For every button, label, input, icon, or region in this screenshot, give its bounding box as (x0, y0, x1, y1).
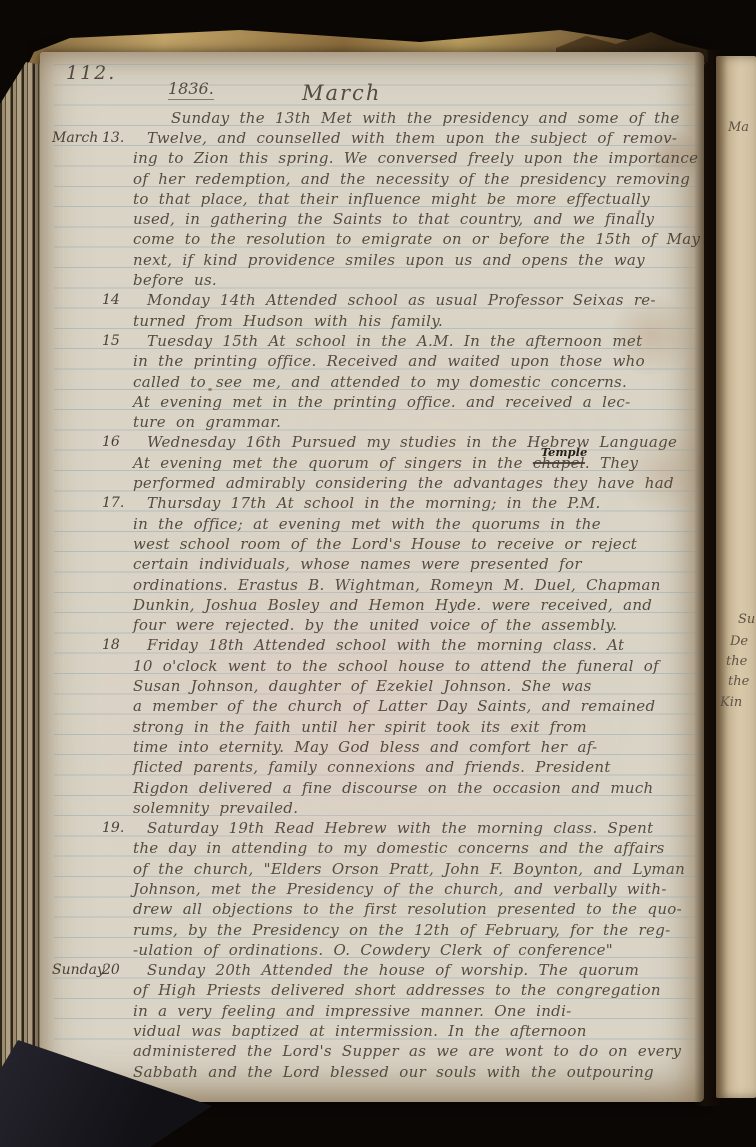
entry-line: to that place, that their influence migh… (133, 189, 698, 209)
journal-entry: 15 Tuesday 15th At school in the A.M. In… (50, 331, 698, 432)
entry-line: At evening met the quorum of singers in … (133, 453, 698, 473)
entry-line: Dunkin, Joshua Bosley and Hemon Hyde. we… (133, 595, 698, 615)
journal-entry: March 13. Twelve, and counselled with th… (50, 128, 698, 290)
entry-line: Johnson, met the Presidency of the churc… (133, 879, 698, 899)
entry-line: Tuesday 15th At school in the A.M. In th… (133, 331, 698, 351)
entry-line: ordinations. Erastus B. Wightman, Romeyn… (133, 575, 698, 595)
entry-line: in a very feeling and impressive manner.… (133, 1001, 698, 1021)
entry-line: turned from Hudson with his family. (133, 311, 698, 331)
journal-entry: 14 Monday 14th Attended school as usual … (50, 290, 698, 331)
year-label: 1836. (168, 79, 214, 100)
entry-line: in the printing office. Received and wai… (133, 351, 698, 371)
entry-line: Twelve, and counselled with them upon th… (133, 128, 698, 148)
entry-margin: 16 (50, 432, 133, 493)
line-segment: . They (585, 454, 638, 472)
entry-margin: 19. (50, 818, 133, 960)
entry-line: vidual was baptized at intermission. In … (133, 1021, 698, 1041)
entry-line: ing to Zion this spring. We conversed fr… (133, 148, 698, 168)
entry-line: solemnity prevailed. (133, 798, 698, 818)
next-page-fragment: Kin (720, 695, 742, 710)
entry-body: Monday 14th Attended school as usual Pro… (133, 290, 698, 331)
month-title: March (302, 81, 381, 105)
entry-line: administered the Lord's Supper as we are… (133, 1041, 698, 1061)
entry-body: Twelve, and counselled with them upon th… (133, 128, 698, 290)
margin-day-label: 17. (102, 493, 124, 513)
margin-day-label: 20 (102, 960, 120, 980)
entry-body: Thursday 17th At school in the morning; … (133, 493, 698, 635)
next-page-fragment: the (726, 654, 747, 669)
entry-line: Wednesday 16th Pursued my studies in the… (133, 432, 698, 452)
entry-line: time into eternity. May God bless and co… (133, 737, 698, 757)
entry-line: ture on grammar. (133, 412, 698, 432)
journal-page: 112. 1836. March Sunday the 13th Met wit… (40, 52, 704, 1102)
entry-line: drew all objections to the first resolut… (133, 899, 698, 919)
entry-line: the day in attending to my domestic conc… (133, 838, 698, 858)
entry-line: four were rejected. by the united voice … (133, 615, 698, 635)
margin-day-label: 18 (102, 635, 120, 655)
journal-entry: Sunday 20 Sunday 20th Attended the house… (50, 960, 698, 1082)
entry-body: Wednesday 16th Pursued my studies in the… (133, 432, 698, 493)
entry-margin: 15 (50, 331, 133, 432)
journal-entries: March 13. Twelve, and counselled with th… (50, 128, 698, 1082)
entry-margin: March 13. (50, 128, 133, 290)
entry-line: before us. (133, 270, 698, 290)
margin-day-label: 15 (102, 331, 120, 351)
next-page-fragment: De (730, 634, 748, 649)
entry-line: flicted parents, family connexions and f… (133, 757, 698, 777)
entry-line: Friday 18th Attended school with the mor… (133, 635, 698, 655)
next-page-sliver: Ma Su De the the Kin (716, 56, 756, 1098)
entry-line: Monday 14th Attended school as usual Pro… (133, 290, 698, 310)
entry-body: Sunday 20th Attended the house of worshi… (133, 960, 698, 1082)
next-page-fragment: the (728, 674, 749, 689)
journal-entry: 16 Wednesday 16th Pursued my studies in … (50, 432, 698, 493)
page-number: 112. (66, 62, 116, 84)
correction: Templechapel (533, 454, 585, 472)
next-page-fragment: Ma (728, 120, 749, 135)
margin-day-label: 19. (102, 818, 124, 838)
entry-line: certain individuals, whose names were pr… (133, 554, 698, 574)
book-photograph: 112. 1836. March Sunday the 13th Met wit… (0, 0, 756, 1147)
entry-line: Saturday 19th Read Hebrew with the morni… (133, 818, 698, 838)
margin-month-label: Sunday (52, 960, 105, 980)
entry-line: Sunday 20th Attended the house of worshi… (133, 960, 698, 980)
entry-line: come to the resolution to emigrate on or… (133, 229, 698, 249)
entry-margin: 17. (50, 493, 133, 635)
entry-line: Rigdon delivered a fine discourse on the… (133, 778, 698, 798)
entry-line: Thursday 17th At school in the morning; … (133, 493, 698, 513)
entry-line: of the church, "Elders Orson Pratt, John… (133, 859, 698, 879)
inserted-word: Temple (541, 442, 587, 462)
entry-line: west school room of the Lord's House to … (133, 534, 698, 554)
entry-line: -ulation of ordinations. O. Cowdery Cler… (133, 940, 698, 960)
entry-line: of High Priests delivered short addresse… (133, 980, 698, 1000)
entry-line: performed admirably considering the adva… (133, 473, 698, 493)
entry-line: a member of the church of Latter Day Sai… (133, 696, 698, 716)
entry-line: called to see me, and attended to my dom… (133, 372, 698, 392)
entry-line: At evening met in the printing office. a… (133, 392, 698, 412)
entry-line: in the office; at evening met with the q… (133, 514, 698, 534)
entry-line: strong in the faith until her spirit too… (133, 717, 698, 737)
entry-margin: 18 (50, 635, 133, 818)
journal-entry: 19. Saturday 19th Read Hebrew with the m… (50, 818, 698, 960)
entry-line: rums, by the Presidency on the 12th of F… (133, 920, 698, 940)
entry-line: next, if kind providence smiles upon us … (133, 250, 698, 270)
margin-day-label: 13. (102, 128, 124, 148)
entry-line: Susan Johnson, daughter of Ezekiel Johns… (133, 676, 698, 696)
opening-line: Sunday the 13th Met with the presidency … (157, 108, 680, 128)
margin-day-label: 14 (102, 290, 120, 310)
journal-entry: 18 Friday 18th Attended school with the … (50, 635, 698, 818)
entry-margin: 14 (50, 290, 133, 331)
entry-line: of her redemption, and the necessity of … (133, 169, 698, 189)
entry-body: Tuesday 15th At school in the A.M. In th… (133, 331, 698, 432)
entry-body: Friday 18th Attended school with the mor… (133, 635, 698, 818)
entry-body: Saturday 19th Read Hebrew with the morni… (133, 818, 698, 960)
line-segment: At evening met the quorum of singers in … (133, 454, 533, 472)
next-page-fragment: Su (738, 612, 755, 627)
journal-entry: 17. Thursday 17th At school in the morni… (50, 493, 698, 635)
entry-line: used, in gathering the Saints to that co… (133, 209, 698, 229)
entry-line: 10 o'clock went to the school house to a… (133, 656, 698, 676)
margin-day-label: 16 (102, 432, 120, 452)
margin-month-label: March (52, 128, 98, 148)
entry-line: Sabbath and the Lord blessed our souls w… (133, 1062, 698, 1082)
